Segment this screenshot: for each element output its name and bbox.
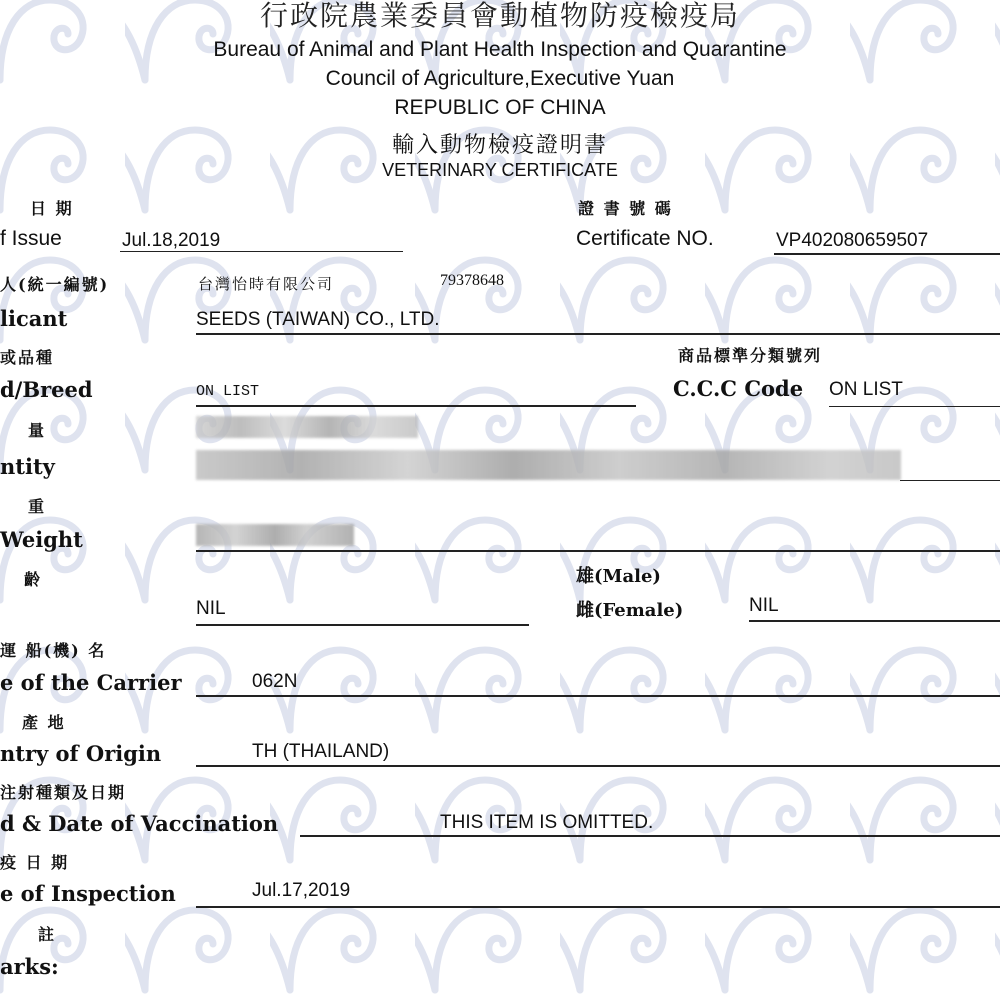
vaccination-value: THIS ITEM IS OMITTED. xyxy=(440,812,653,834)
inspection-value: Jul.17,2019 xyxy=(252,880,350,902)
origin-label-cn: 產 地 xyxy=(22,710,66,733)
carrier-label: e of the Carrier xyxy=(0,670,182,695)
breed-value: ON LIST xyxy=(196,383,259,400)
applicant-label: licant xyxy=(0,306,67,331)
applicant-id-number: 79378648 xyxy=(440,272,504,290)
certificate-title-cn: 輸入動物檢疫證明書 xyxy=(0,128,1000,159)
date-issue-label: f Issue xyxy=(0,227,62,251)
remarks-label-cn: 註 xyxy=(38,922,56,945)
quantity-label: ntity xyxy=(0,454,55,479)
date-issue-value: Jul.18,2019 xyxy=(122,230,220,252)
certificate-no-label: Certificate NO. xyxy=(576,227,714,251)
male-label: 雄(Male) xyxy=(576,562,661,588)
age-value: NIL xyxy=(196,598,226,620)
breed-label-cn: 或品種 xyxy=(0,345,54,368)
country-name: REPUBLIC OF CHINA xyxy=(0,96,1000,120)
applicant-name-cn: 台灣怡時有限公司 xyxy=(198,273,334,294)
weight-redacted xyxy=(196,524,354,546)
age-label-cn: 齡 xyxy=(24,567,42,590)
carrier-label-cn: 運 船(機) 名 xyxy=(0,638,106,661)
inspection-label-cn: 疫 日 期 xyxy=(0,850,69,873)
vaccination-label: d & Date of Vaccination xyxy=(0,811,278,836)
bureau-title-en: Bureau of Animal and Plant Health Inspec… xyxy=(0,38,1000,62)
council-name: Council of Agriculture,Executive Yuan xyxy=(0,67,1000,91)
quantity-redacted-line2 xyxy=(196,450,901,480)
origin-label: ntry of Origin xyxy=(0,741,161,766)
carrier-value: 062N xyxy=(252,671,297,693)
ccc-code-label-cn: 商品標準分類號列 xyxy=(678,343,822,366)
ccc-code-label: C.C.C Code xyxy=(673,376,803,401)
breed-label: d/Breed xyxy=(0,377,93,402)
applicant-value: SEEDS (TAIWAN) CO., LTD. xyxy=(196,309,440,331)
origin-value: TH (THAILAND) xyxy=(252,741,389,763)
female-label: 雌(Female) xyxy=(576,596,683,622)
certificate-title-en: VETERINARY CERTIFICATE xyxy=(0,160,1000,181)
remarks-label: arks: xyxy=(0,954,59,979)
sex-value: NIL xyxy=(749,595,779,617)
weight-label-cn: 重 xyxy=(28,494,46,517)
weight-label: Weight xyxy=(0,527,83,552)
certificate-no-value: VP402080659507 xyxy=(776,230,928,252)
inspection-label: e of Inspection xyxy=(0,881,176,906)
bureau-title-cn: 行政院農業委員會動植物防疫檢疫局 xyxy=(0,0,1000,34)
date-issue-label-cn: 日 期 xyxy=(30,196,74,219)
ccc-code-value: ON LIST xyxy=(829,379,903,401)
applicant-label-cn: 人(統一編號) xyxy=(0,272,109,295)
quantity-label-cn: 量 xyxy=(28,418,46,441)
certificate-no-label-cn: 證 書 號 碼 xyxy=(578,196,673,219)
quantity-redacted-line1 xyxy=(196,416,418,438)
vaccination-label-cn: 注射種類及日期 xyxy=(0,780,126,803)
